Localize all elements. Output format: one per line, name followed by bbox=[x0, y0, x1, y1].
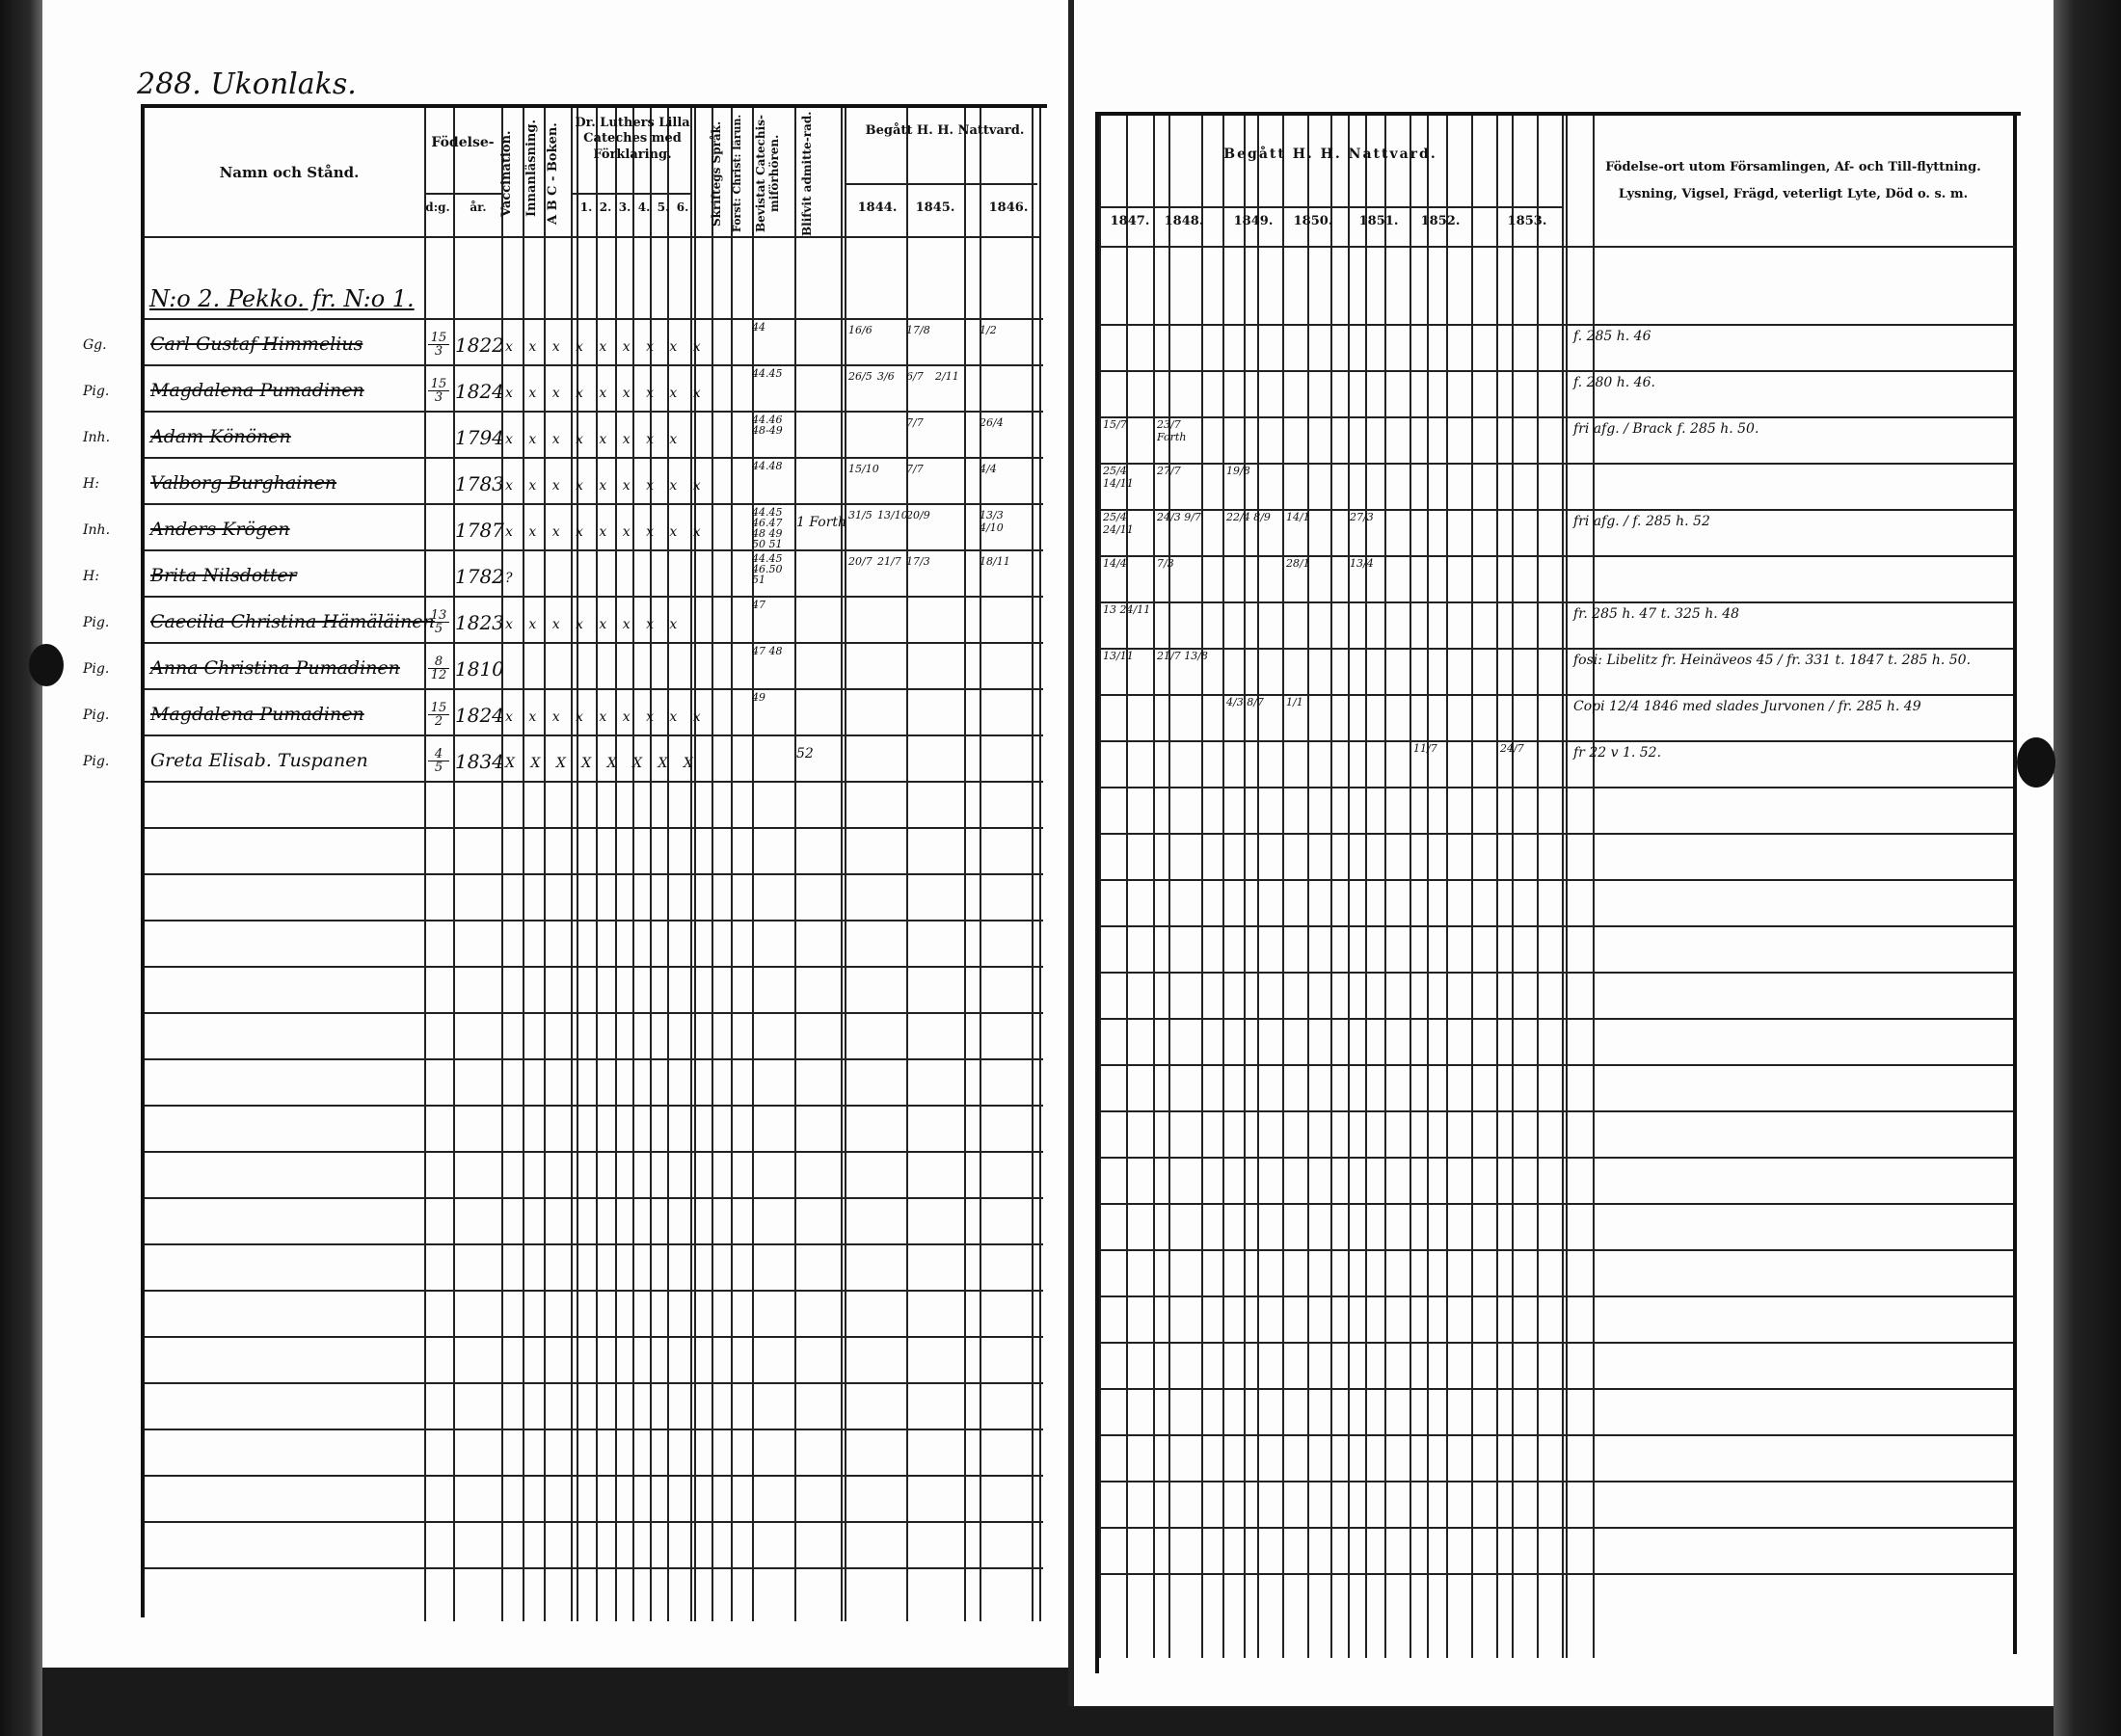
year-header: 1849. bbox=[1222, 214, 1284, 229]
remarks-entry: f. 285 h. 46 bbox=[1573, 328, 2007, 345]
row-rule bbox=[145, 411, 1043, 413]
header-bottom-left bbox=[145, 236, 1041, 238]
column-rule bbox=[1365, 116, 1367, 1658]
communion-date: 13/11 bbox=[1103, 650, 1157, 662]
birth-year: 1822 bbox=[455, 334, 504, 357]
catechism-part-number: 6. bbox=[673, 200, 692, 215]
person-name: Brita Nilsdotter bbox=[150, 565, 297, 586]
communion-date: 25/4 14/11 bbox=[1103, 465, 1157, 490]
communion-date: 16/6 bbox=[848, 324, 887, 336]
birth-year: 1783 bbox=[455, 472, 504, 495]
communion-date: 13/4 bbox=[1350, 557, 1404, 570]
row-rule bbox=[1099, 1018, 2013, 1020]
remarks-entry: fri afg. / f. 285 h. 52 bbox=[1573, 513, 2007, 530]
column-rule bbox=[1427, 116, 1429, 1658]
column-rule bbox=[1126, 116, 1128, 1658]
row-rule bbox=[145, 1197, 1043, 1199]
frame-left bbox=[141, 104, 145, 1617]
header-remarks-line2: Lysning, Vigsel, Frägd, veterligt Lyte, … bbox=[1571, 187, 2015, 202]
row-rule bbox=[1099, 1157, 2013, 1159]
row-rule bbox=[145, 1290, 1043, 1292]
reading-marks: x x x x x x x x x bbox=[505, 478, 707, 494]
row-rule bbox=[1099, 1342, 2013, 1344]
column-rule bbox=[1153, 116, 1155, 1658]
reading-marks: x x x x x x x x x bbox=[505, 339, 707, 355]
header-admitted: Blifvit admitte-rad. bbox=[800, 106, 833, 241]
communion-subheader-rule-right bbox=[1099, 206, 1562, 208]
row-rule bbox=[145, 1382, 1043, 1384]
scanner-background-right bbox=[2054, 0, 2121, 1736]
column-rule bbox=[650, 108, 652, 1621]
status-abbrev: Inh. bbox=[83, 430, 110, 445]
row-rule bbox=[145, 873, 1043, 875]
status-abbrev: Inh. bbox=[83, 522, 110, 538]
column-rule bbox=[1244, 116, 1246, 1658]
row-rule bbox=[145, 457, 1043, 459]
communion-date: 11/7 bbox=[1413, 742, 1467, 755]
birth-day: 45 bbox=[428, 748, 449, 774]
status-abbrev: H: bbox=[83, 476, 99, 492]
column-rule bbox=[424, 108, 426, 1621]
catechism-years: 44.45 bbox=[752, 368, 792, 379]
year-header: 1847. bbox=[1099, 214, 1161, 229]
birth-year: 1824 bbox=[455, 380, 504, 403]
column-rule bbox=[544, 108, 546, 1621]
column-rule bbox=[1410, 116, 1411, 1658]
row-rule bbox=[145, 364, 1043, 366]
row-rule bbox=[1099, 1249, 2013, 1251]
communion-date: 18/11 bbox=[980, 555, 1018, 568]
admitted-note: 1 Forth bbox=[796, 515, 846, 530]
catechism-subheader-rule bbox=[573, 193, 692, 195]
remarks-entry: f. 280 h. 46. bbox=[1573, 374, 2007, 391]
catechism-years: 44.48 bbox=[752, 461, 792, 471]
row-rule bbox=[145, 827, 1043, 829]
row-rule bbox=[145, 1105, 1043, 1107]
reading-marks: x x x x x x x x bbox=[505, 617, 683, 632]
row-rule bbox=[145, 1151, 1043, 1153]
year-header: 1845. bbox=[906, 200, 964, 216]
column-rule bbox=[711, 108, 713, 1621]
status-abbrev: H: bbox=[83, 569, 99, 584]
scanner-background-left bbox=[0, 0, 42, 1736]
birth-day: 152 bbox=[428, 702, 449, 728]
column-rule bbox=[845, 108, 846, 1621]
row-rule bbox=[1099, 972, 2013, 974]
column-rule bbox=[1512, 116, 1514, 1658]
header-birth: Födelse- bbox=[424, 135, 501, 152]
row-rule bbox=[1099, 555, 2013, 557]
row-rule bbox=[1099, 601, 2013, 603]
remarks-entry: fosi: Libelitz fr. Heinäveos 45 / fr. 33… bbox=[1573, 652, 2007, 669]
row-rule bbox=[145, 1058, 1043, 1060]
column-rule bbox=[1201, 116, 1203, 1658]
communion-date: 1/2 bbox=[980, 324, 1018, 336]
row-rule bbox=[145, 596, 1043, 598]
communion-date: 21/7 13/8 bbox=[1157, 650, 1211, 662]
birth-subheader-rule bbox=[424, 193, 501, 195]
status-abbrev: Pig. bbox=[83, 384, 109, 399]
communion-date: 1/1 bbox=[1286, 696, 1340, 708]
column-rule bbox=[667, 108, 669, 1621]
header-birth-year: år. bbox=[455, 200, 501, 215]
column-rule bbox=[1348, 116, 1350, 1658]
catechism-years: 44 bbox=[752, 322, 792, 333]
communion-date: 20/9 bbox=[906, 509, 945, 521]
header-abc-boken: A B C - Boken. bbox=[546, 116, 567, 231]
column-rule bbox=[1446, 116, 1448, 1658]
page-heading: 288. Ukonlaks. bbox=[137, 67, 357, 101]
reading-marks: x x x x x x x x bbox=[505, 432, 683, 447]
birth-day: 812 bbox=[428, 655, 449, 681]
birth-day: 135 bbox=[428, 609, 449, 635]
row-rule bbox=[1099, 925, 2013, 927]
person-name: Carl Gustaf Himmelius bbox=[150, 334, 362, 355]
reading-marks: x x x x x x x x x bbox=[505, 386, 707, 401]
column-rule bbox=[596, 108, 598, 1621]
header-forst-christ: Först: Christ: lärun. bbox=[731, 106, 748, 241]
catechism-years: 47 bbox=[752, 600, 792, 610]
row-rule bbox=[1099, 833, 2013, 835]
catechism-part-number: 2. bbox=[596, 200, 615, 215]
reading-marks: x x x x x x x x x bbox=[505, 709, 707, 725]
row-rule bbox=[145, 1521, 1043, 1523]
communion-date: 28/1 bbox=[1286, 557, 1340, 570]
row-rule bbox=[145, 1567, 1043, 1569]
column-rule bbox=[690, 108, 692, 1621]
year-header: 1850. bbox=[1282, 214, 1344, 229]
column-rule bbox=[571, 108, 573, 1621]
communion-date: 7/3 bbox=[1157, 557, 1211, 570]
row-rule bbox=[1099, 1064, 2013, 1066]
catechism-years: 44.46 48-49 bbox=[752, 414, 792, 436]
person-name: Magdalena Pumadinen bbox=[150, 704, 364, 725]
column-rule bbox=[1496, 116, 1498, 1658]
column-rule bbox=[1593, 116, 1595, 1658]
communion-date: 7/7 bbox=[906, 463, 945, 475]
column-rule bbox=[1099, 116, 1101, 1658]
row-rule bbox=[145, 966, 1043, 968]
catechism-years: 47 48 bbox=[752, 646, 792, 656]
binding-hole-left bbox=[29, 644, 64, 686]
year-header: 1848. bbox=[1153, 214, 1215, 229]
year-header: 1852. bbox=[1410, 214, 1471, 229]
remarks-entry: fri afg. / Brack f. 285 h. 50. bbox=[1573, 420, 2007, 438]
row-rule bbox=[145, 1475, 1043, 1477]
remarks-entry: fr 22 v 1. 52. bbox=[1573, 744, 2007, 761]
birth-year: 1782 bbox=[455, 565, 504, 588]
communion-date: 17/3 bbox=[906, 555, 945, 568]
column-rule bbox=[1257, 116, 1259, 1658]
birth-day: 153 bbox=[428, 378, 449, 404]
row-rule bbox=[145, 642, 1043, 644]
header-birth-day: d:g. bbox=[424, 200, 451, 215]
column-rule bbox=[841, 108, 843, 1621]
row-rule bbox=[1099, 1481, 2013, 1482]
year-header: 1846. bbox=[980, 200, 1037, 216]
row-rule bbox=[145, 1429, 1043, 1430]
status-abbrev: Pig. bbox=[83, 708, 109, 723]
column-rule bbox=[752, 108, 754, 1621]
person-name: Anna Christina Pumadinen bbox=[150, 657, 400, 679]
row-rule bbox=[1099, 1388, 2013, 1390]
communion-date: 4/3 8/7 bbox=[1226, 696, 1280, 708]
row-rule bbox=[1099, 1434, 2013, 1436]
reading-marks: x x x x x x x x x bbox=[505, 524, 707, 540]
header-communion-left: Begått H. H. Nattvard. bbox=[848, 123, 1041, 139]
column-rule bbox=[964, 108, 966, 1621]
communion-date: 4/4 bbox=[980, 463, 1018, 475]
row-rule bbox=[1099, 1527, 2013, 1529]
row-rule bbox=[145, 920, 1043, 921]
remarks-entry: fr. 285 h. 47 t. 325 h. 48 bbox=[1573, 605, 2007, 623]
communion-date: 27/7 bbox=[1157, 465, 1211, 477]
row-rule bbox=[1099, 1573, 2013, 1575]
row-rule bbox=[145, 318, 1043, 320]
communion-date: 2/11 bbox=[935, 370, 974, 383]
book-gutter bbox=[1068, 0, 1074, 1706]
communion-date: 24/3 9/7 bbox=[1157, 511, 1211, 523]
header-name: Namn och Stånd. bbox=[154, 164, 424, 182]
communion-date: 26/4 bbox=[980, 416, 1018, 429]
row-rule bbox=[1099, 740, 2013, 742]
header-vaccination: Vaccination. bbox=[499, 116, 521, 231]
catechism-years: 44.45 46.50 51 bbox=[752, 553, 792, 585]
communion-date: 13 24/11 bbox=[1103, 603, 1157, 616]
reading-marks: ? bbox=[505, 571, 519, 586]
catechism-years: 44.45 46.47 48 49 50 51 bbox=[752, 507, 792, 549]
communion-date: 13/3 4/10 bbox=[980, 509, 1018, 534]
catechism-years: 49 bbox=[752, 692, 792, 703]
row-rule bbox=[145, 1336, 1043, 1338]
catechism-part-number: 3. bbox=[615, 200, 634, 215]
column-rule bbox=[632, 108, 634, 1621]
column-rule bbox=[1537, 116, 1539, 1658]
person-name: Caecilia Christina Hämäläinen bbox=[150, 611, 435, 632]
binding-hole-right bbox=[2017, 737, 2055, 788]
catechism-part-number: 5. bbox=[654, 200, 673, 215]
admitted-note: 52 bbox=[796, 746, 814, 761]
row-rule bbox=[1099, 1110, 2013, 1112]
row-rule bbox=[1099, 648, 2013, 650]
frame-right bbox=[2013, 112, 2017, 1654]
birth-year: 1823 bbox=[455, 611, 504, 634]
birth-year: 1834 bbox=[455, 750, 504, 773]
row-rule bbox=[145, 503, 1043, 505]
column-rule bbox=[615, 108, 617, 1621]
status-abbrev: Pig. bbox=[83, 615, 109, 630]
communion-date: 7/7 bbox=[906, 416, 945, 429]
row-rule bbox=[145, 1243, 1043, 1245]
column-rule bbox=[1282, 116, 1284, 1658]
row-rule bbox=[1099, 879, 2013, 881]
year-header: 1851. bbox=[1348, 214, 1410, 229]
column-rule bbox=[1562, 116, 1564, 1658]
column-rule bbox=[577, 108, 578, 1621]
header-bevistat: Bevistat Catechis-miförhören. bbox=[754, 106, 791, 241]
catechism-part-number: 1. bbox=[577, 200, 596, 215]
birth-day: 153 bbox=[428, 332, 449, 358]
column-rule bbox=[1032, 108, 1034, 1621]
column-rule bbox=[1039, 108, 1041, 1621]
communion-date: 27/3 bbox=[1350, 511, 1404, 523]
row-rule bbox=[1099, 787, 2013, 788]
communion-date: 23/7 Forth bbox=[1157, 418, 1211, 443]
birth-year: 1787 bbox=[455, 519, 504, 542]
household-label: N:o 2. Pekko. fr. N:o 1. bbox=[149, 285, 415, 312]
row-rule bbox=[1099, 1295, 2013, 1297]
column-rule bbox=[1471, 116, 1473, 1658]
header-communion-right: Begått H. H. Nattvard. bbox=[1099, 147, 1562, 164]
header-remarks-line1: Födelse-ort utom Församlingen, Af- och T… bbox=[1571, 160, 2015, 175]
status-abbrev: Pig. bbox=[83, 754, 109, 769]
person-name: Anders Krögen bbox=[150, 519, 290, 540]
person-name: Adam Könönen bbox=[150, 426, 291, 447]
column-rule bbox=[1384, 116, 1386, 1658]
column-rule bbox=[523, 108, 524, 1621]
row-rule bbox=[145, 734, 1043, 736]
communion-date: 14/1 bbox=[1286, 511, 1340, 523]
column-rule bbox=[1330, 116, 1332, 1658]
ledger-left-page bbox=[42, 0, 1072, 1668]
communion-date: 14/4 bbox=[1103, 557, 1157, 570]
column-rule bbox=[1307, 116, 1309, 1658]
row-rule bbox=[1099, 370, 2013, 372]
catechism-part-number: 4. bbox=[634, 200, 654, 215]
row-rule bbox=[1099, 1203, 2013, 1205]
row-rule bbox=[145, 1012, 1043, 1014]
birth-year: 1810 bbox=[455, 657, 504, 681]
header-catechism: Dr. Luthers Lilla Cateches med Förklarin… bbox=[573, 116, 692, 163]
year-header: 1844. bbox=[848, 200, 906, 216]
column-rule bbox=[1168, 116, 1170, 1658]
remarks-entry: Copi 12/4 1846 med slades Jurvonen / fr.… bbox=[1573, 698, 2007, 715]
header-skriftens-sprak: Skriftegs Språk. bbox=[710, 106, 729, 241]
column-rule bbox=[1566, 116, 1568, 1658]
communion-date: 24/7 bbox=[1500, 742, 1554, 755]
frame-top-right bbox=[1095, 112, 2021, 116]
communion-date: 25/4 24/11 bbox=[1103, 511, 1157, 536]
person-name: Greta Elisab. Tuspanen bbox=[150, 750, 368, 771]
column-rule bbox=[1222, 116, 1224, 1658]
row-rule bbox=[1099, 416, 2013, 418]
row-rule bbox=[145, 688, 1043, 690]
communion-subheader-rule-left bbox=[845, 183, 1037, 185]
communion-date: 15/10 bbox=[848, 463, 887, 475]
birth-year: 1824 bbox=[455, 704, 504, 727]
row-rule bbox=[145, 781, 1043, 783]
header-bottom-right bbox=[1099, 246, 2015, 248]
row-rule bbox=[145, 549, 1043, 551]
frame-top-left bbox=[141, 104, 1047, 108]
header-innanlasning: Innanläsning. bbox=[524, 116, 546, 222]
column-rule bbox=[694, 108, 696, 1621]
communion-date: 15/7 bbox=[1103, 418, 1157, 431]
status-abbrev: Gg. bbox=[83, 337, 107, 353]
status-abbrev: Pig. bbox=[83, 661, 109, 677]
column-rule bbox=[794, 108, 796, 1621]
row-rule bbox=[1099, 324, 2013, 326]
communion-date: 19/8 bbox=[1226, 465, 1280, 477]
birth-year: 1794 bbox=[455, 426, 504, 449]
year-header: 1853. bbox=[1496, 214, 1558, 229]
reading-marks: X X X X X X X X bbox=[505, 756, 699, 771]
column-rule bbox=[731, 108, 733, 1621]
communion-date: 17/8 bbox=[906, 324, 945, 336]
person-name: Magdalena Pumadinen bbox=[150, 380, 364, 401]
person-name: Valborg Burghainen bbox=[150, 472, 336, 494]
communion-date: 22/4 8/9 bbox=[1226, 511, 1280, 523]
